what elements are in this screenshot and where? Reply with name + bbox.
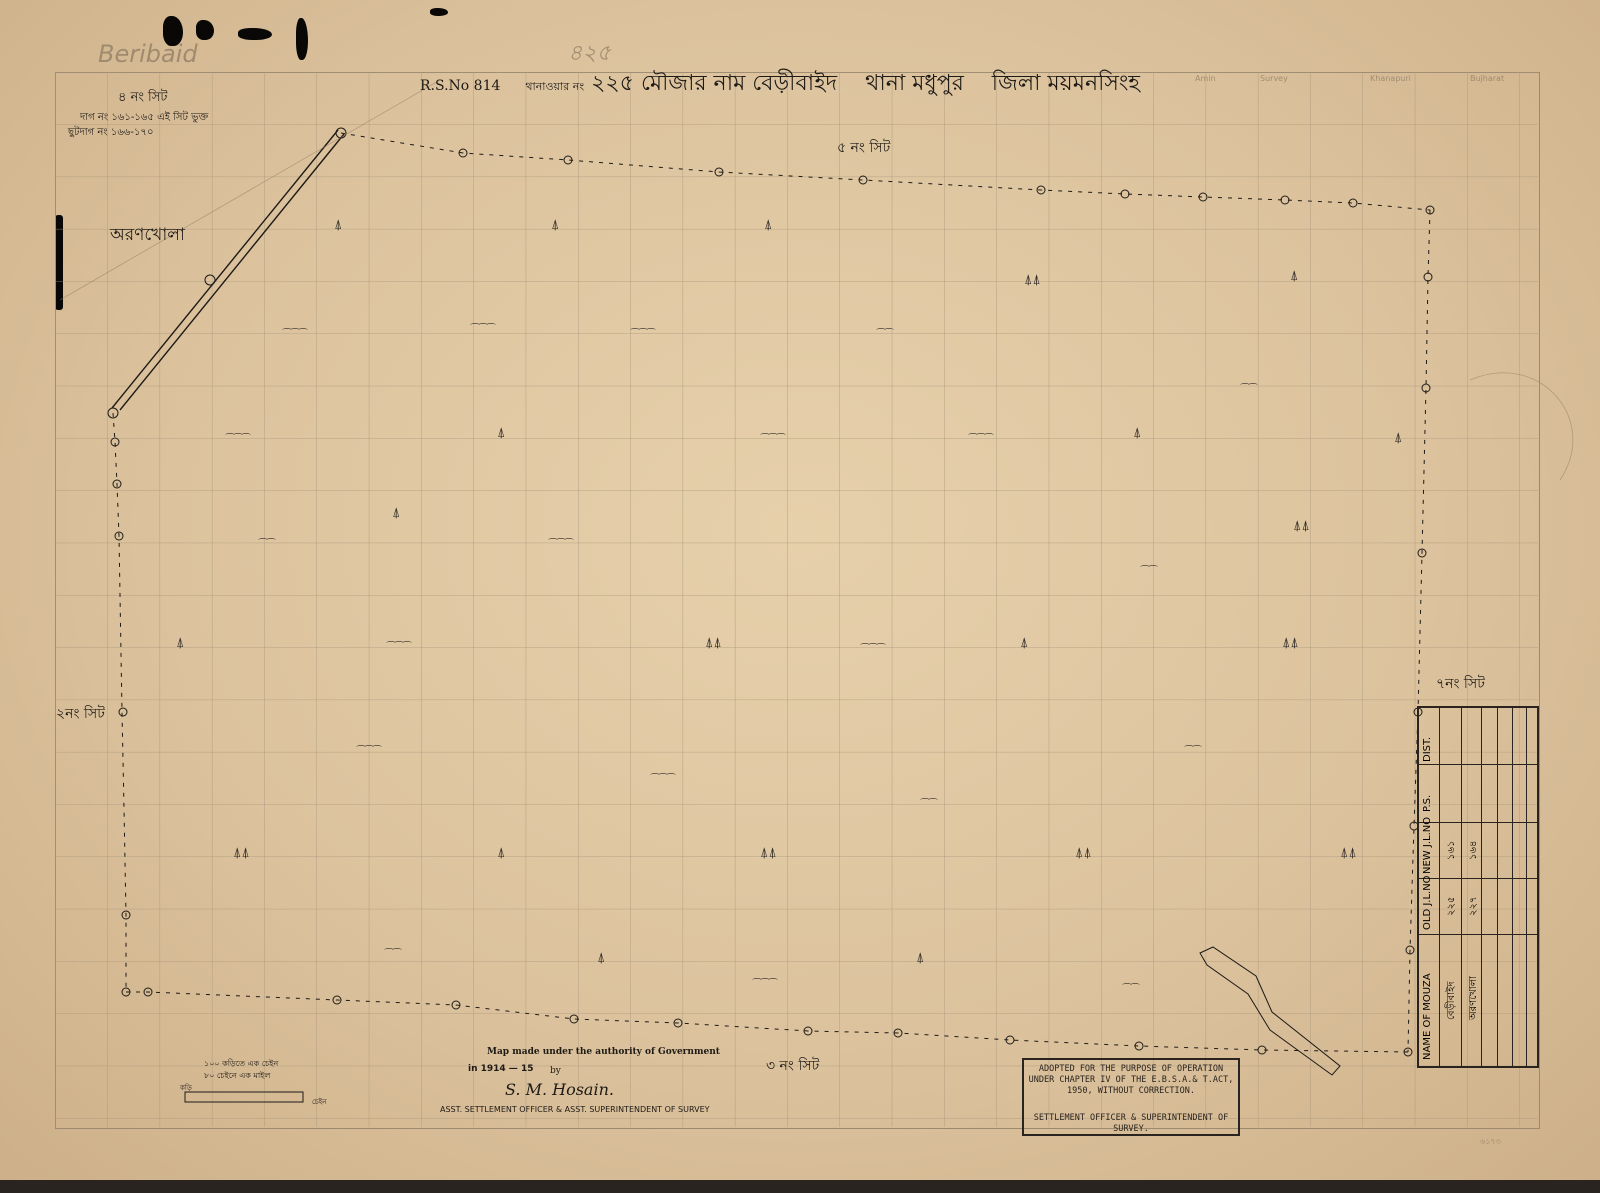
thana-no-label: থানাওয়ার নং — [525, 80, 584, 93]
header-table-bujharat: Bujharat — [1470, 74, 1504, 83]
bush-symbol: ⌒⌒⌒ — [752, 975, 776, 990]
bush-symbol: ⌒⌒ — [258, 535, 274, 550]
bush-symbol: ⌒⌒⌒ — [470, 320, 494, 335]
tree-symbol: ⍋ — [551, 217, 559, 233]
map-title: R.S.No 814 থানাওয়ার নং ২২৫ মৌজার নাম বে… — [420, 66, 1140, 103]
tree-symbol: ⍋ — [597, 950, 605, 966]
scale-line-2: ৮০ চেইনে এক মাইল — [204, 1070, 270, 1083]
officer-designation: Asst. Settlement Officer & Asst. Superin… — [440, 1105, 710, 1114]
tree-symbol: ⍋⍋ — [705, 635, 722, 651]
tree-symbol: ⍋⍋ — [1024, 272, 1041, 288]
row2-mouza: অরণখোলা — [1466, 976, 1483, 1020]
header-table-khanapuri: Khanapuri — [1370, 74, 1411, 83]
map-sheet: R.S.No 814 থানাওয়ার নং ২২৫ মৌজার নাম বে… — [0, 0, 1600, 1180]
pencil-note-beribaid: Beribaid — [98, 40, 198, 68]
header-dist: DIST. — [1422, 737, 1433, 762]
header-table-amin: Amin — [1195, 74, 1216, 83]
bush-symbol: ⌒⌒⌒ — [386, 638, 410, 653]
tree-symbol: ⍋ — [764, 217, 772, 233]
bush-symbol: ⌒⌒ — [1240, 380, 1256, 395]
tree-symbol: ⍋ — [1394, 430, 1402, 446]
bush-symbol: ⌒⌒⌒ — [650, 770, 674, 785]
tree-symbol: ⍋⍋ — [1282, 635, 1299, 651]
tree-symbol: ⍋ — [176, 635, 184, 651]
bush-symbol: ⌒⌒⌒ — [282, 325, 306, 340]
adjacent-sheet-west: ২নং সিট — [56, 702, 105, 726]
tree-symbol: ⍋⍋ — [1075, 845, 1092, 861]
mouza-label: মৌজার নাম — [641, 71, 745, 96]
tree-symbol: ⍋⍋ — [1293, 518, 1310, 534]
scale-kari-label: কড়ি — [180, 1082, 192, 1094]
tree-symbol: ⍋ — [916, 950, 924, 966]
stamp-line-5: SURVEY. — [1024, 1124, 1238, 1135]
pencil-note-sheet: ৪২৫ — [568, 36, 611, 73]
header-old-jl: OLD J.L.NO — [1422, 875, 1433, 930]
bush-symbol: ⌒⌒ — [920, 795, 936, 810]
bush-symbol: ⌒⌒⌒ — [968, 430, 992, 445]
map-linework — [0, 0, 1600, 1193]
stamp-line-3: 1950, WITHOUT CORRECTION. — [1024, 1086, 1238, 1097]
header-mouza: NAME OF MOUZA — [1422, 973, 1433, 1060]
chut-dag-range: ছুটদাগ নং ১৬৬-১৭০ — [68, 125, 153, 142]
row2-new-jl: ১৬৪ — [1466, 841, 1483, 860]
bush-symbol: ⌒⌒⌒ — [548, 535, 572, 550]
bush-symbol: ⌒⌒⌒ — [860, 640, 884, 655]
district-label: জিলা — [992, 71, 1041, 96]
scale-unit-label: চেইন — [312, 1096, 326, 1108]
district-name: ময়মনসিংহ — [1048, 71, 1140, 96]
survey-year: in 1914 — 15 — [468, 1064, 533, 1074]
tree-symbol: ⍋ — [1290, 268, 1298, 284]
row1-new-jl: ১৬১ — [1444, 841, 1461, 860]
rs-number: R.S.No 814 — [420, 78, 500, 94]
bush-symbol: ⌒⌒⌒ — [356, 742, 380, 757]
tree-symbol: ⍋ — [497, 425, 505, 441]
row1-mouza: বেড়ীবাইদ — [1444, 981, 1461, 1020]
sheet-number: ৪ নং সিট — [118, 88, 167, 109]
adjacent-sheet-north: ৫ নং সিট — [837, 136, 890, 160]
tree-symbol: ⍋ — [1020, 635, 1028, 651]
thana-no: ২২৫ — [591, 71, 634, 96]
tree-symbol: ⍋ — [334, 217, 342, 233]
stamp-line-4: SETTLEMENT OFFICER & SUPERINTENDENT OF — [1024, 1113, 1238, 1124]
tree-symbol: ⍋ — [1133, 425, 1141, 441]
authority-line: Map made under the authority of Governme… — [487, 1047, 720, 1057]
bush-symbol: ⌒⌒ — [1122, 980, 1138, 995]
adjacent-sheet-east: ৭নং সিট — [1436, 672, 1485, 696]
adoption-stamp: ADOPTED FOR THE PURPOSE OF OPERATION UND… — [1022, 1058, 1240, 1136]
bush-symbol: ⌒⌒⌒ — [225, 430, 249, 445]
tree-symbol: ⍋⍋ — [1340, 845, 1357, 861]
header-ps: P.S. — [1422, 795, 1433, 812]
mouza-index-table: DIST. P.S. NEW J.L.NO OLD J.L.NO NAME OF… — [1417, 706, 1539, 1068]
bush-symbol: ⌒⌒⌒ — [760, 430, 784, 445]
corner-sheet-number: ৬১৭৩ — [1480, 1136, 1501, 1149]
tree-symbol: ⍋ — [497, 845, 505, 861]
authority-by: by — [550, 1066, 561, 1076]
tree-symbol: ⍋⍋ — [233, 845, 250, 861]
officer-signature: S. M. Hosain. — [505, 1080, 614, 1099]
thana-label: থানা — [865, 71, 905, 96]
adjacent-sheet-south: ৩ নং সিট — [766, 1054, 819, 1078]
bush-symbol: ⌒⌒⌒ — [630, 325, 654, 340]
header-new-jl: NEW J.L.NO — [1422, 817, 1433, 874]
tree-symbol: ⍋⍋ — [760, 845, 777, 861]
mouza-name: বেড়ীবাইদ — [752, 71, 837, 96]
thana-name: মধুপুর — [912, 71, 964, 96]
stamp-line-1: ADOPTED FOR THE PURPOSE OF OPERATION — [1024, 1064, 1238, 1075]
row2-old-jl: ২২৭ — [1466, 896, 1483, 916]
bush-symbol: ⌒⌒ — [1184, 742, 1200, 757]
place-label-oronkhola: অরণখোলা — [110, 222, 185, 250]
header-table-survey: Survey — [1260, 74, 1288, 83]
bush-symbol: ⌒⌒ — [876, 325, 892, 340]
row1-old-jl: ২২৫ — [1444, 897, 1461, 917]
bush-symbol: ⌒⌒ — [1140, 562, 1156, 577]
tree-symbol: ⍋ — [392, 505, 400, 521]
bush-symbol: ⌒⌒ — [384, 945, 400, 960]
stamp-line-2: UNDER CHAPTER IV OF THE E.B.S.A.& T.ACT, — [1024, 1075, 1238, 1086]
